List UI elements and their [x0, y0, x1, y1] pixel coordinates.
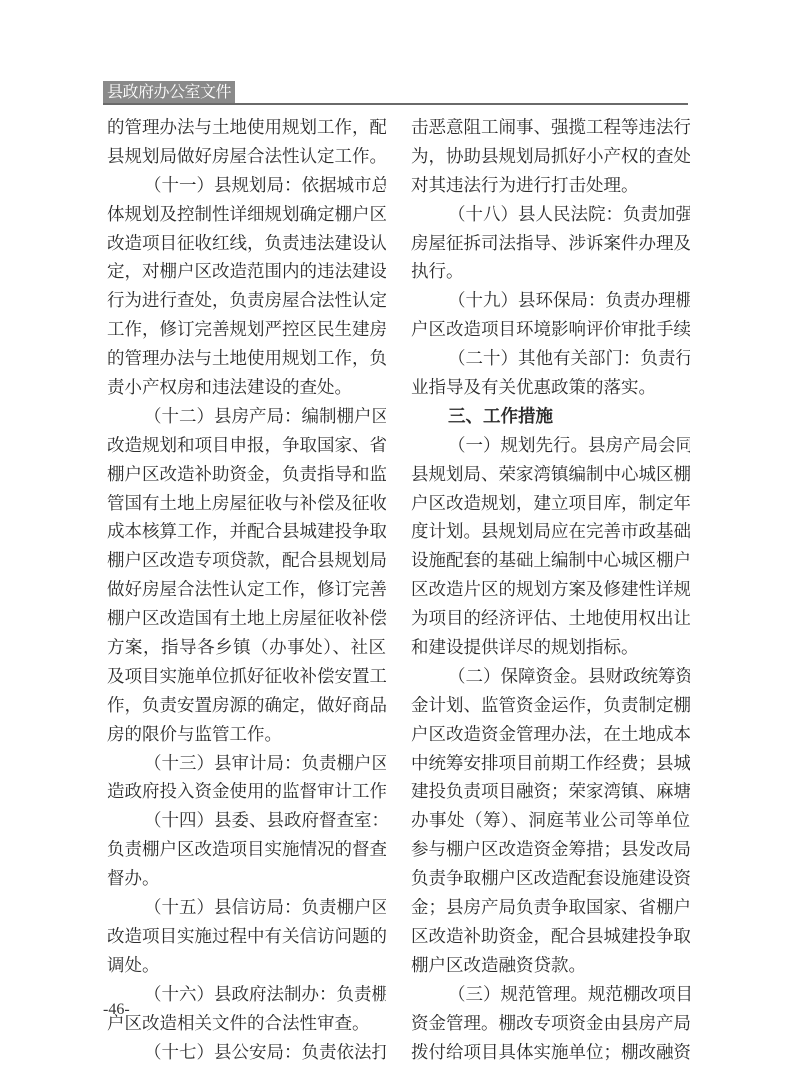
- text-line: （十二）县房产局：编制棚户区: [107, 403, 386, 432]
- text-line: （十一）县规划局：依据城市总: [107, 172, 386, 201]
- text-line: 成本核算工作，并配合县城建投争取: [107, 518, 386, 547]
- text-line: 资金管理。棚改专项资金由县房产局: [411, 1010, 690, 1039]
- text-line: 的管理办法与土地使用规划工作，负: [107, 345, 386, 374]
- page-number: -46-: [103, 1001, 130, 1019]
- text-line: 县规划局做好房屋合法性认定工作。: [107, 143, 386, 172]
- text-line: 作，负责安置房源的确定，做好商品: [107, 692, 386, 721]
- text-line: （一）规划先行。县房产局会同: [411, 432, 690, 461]
- text-line: 金计划、监管资金运作，负责制定棚: [411, 692, 690, 721]
- left-text-column: 的管理办法与土地使用规划工作，配合县规划局做好房屋合法性认定工作。（十一）县规划…: [107, 114, 386, 1067]
- text-line: 方案，指导各乡镇（办事处）、社区: [107, 634, 386, 663]
- header-divider: [103, 103, 688, 105]
- text-line: （十八）县人民法院：负责加强: [411, 201, 690, 230]
- text-line: 改造规划和项目申报，争取国家、省: [107, 432, 386, 461]
- text-line: （十三）县审计局：负责棚户区改: [107, 750, 386, 779]
- text-line: （十九）县环保局：负责办理棚: [411, 287, 690, 316]
- text-line: （二十）其他有关部门：负责行: [411, 345, 690, 374]
- text-line: 办事处（筹）、洞庭苇业公司等单位: [411, 807, 690, 836]
- text-line: 棚户区改造国有土地上房屋征收补偿: [107, 605, 386, 634]
- text-line: 改造项目征收红线，负责违法建设认: [107, 230, 386, 259]
- text-line: 管国有土地上房屋征收与补偿及征收: [107, 490, 386, 519]
- text-line: 中统筹安排项目前期工作经费；县城: [411, 750, 690, 779]
- text-line: 体规划及控制性详细规划确定棚户区: [107, 201, 386, 230]
- text-line: 业指导及有关优惠政策的落实。: [411, 374, 690, 403]
- text-line: 定，对棚户区改造范围内的违法建设: [107, 258, 386, 287]
- text-line: 的管理办法与土地使用规划工作，配合: [107, 114, 386, 143]
- text-line: 户区改造相关文件的合法性审查。: [107, 1010, 386, 1039]
- text-line: 度计划。县规划局应在完善市政基础: [411, 518, 690, 547]
- section-label: 县政府办公室文件: [103, 81, 235, 103]
- text-line: 做好房屋合法性认定工作，修订完善: [107, 576, 386, 605]
- text-line: （十七）县公安局：负责依法打: [107, 1039, 386, 1068]
- text-line: 责小产权房和违法建设的查处。: [107, 374, 386, 403]
- text-line: 改造项目实施过程中有关信访问题的: [107, 923, 386, 952]
- text-line: 设施配套的基础上编制中心城区棚户: [411, 547, 690, 576]
- text-line: 为项目的经济评估、土地使用权出让: [411, 605, 690, 634]
- text-line: 调处。: [107, 952, 386, 981]
- text-line: 户区改造项目环境影响评价审批手续。: [411, 316, 690, 345]
- text-line: 棚户区改造补助资金，负责指导和监: [107, 461, 386, 490]
- text-line: 参与棚户区改造资金筹措；县发改局: [411, 836, 690, 865]
- text-line: 工作，修订完善规划严控区民生建房: [107, 316, 386, 345]
- text-line: 拨付给项目具体实施单位；棚改融资: [411, 1039, 690, 1068]
- text-line: 造政府投入资金使用的监督审计工作。: [107, 778, 386, 807]
- text-line: 执行。: [411, 258, 690, 287]
- text-line: 为，协助县规划局抓好小产权的查处，: [411, 143, 690, 172]
- text-line: 击恶意阻工闹事、强揽工程等违法行: [411, 114, 690, 143]
- text-line: 棚户区改造融资贷款。: [411, 952, 690, 981]
- text-line: 房屋征拆司法指导、涉诉案件办理及: [411, 230, 690, 259]
- text-line: （三）规范管理。规范棚改项目: [411, 981, 690, 1010]
- text-line: 户区改造资金管理办法，在土地成本: [411, 721, 690, 750]
- text-line: 负责棚户区改造项目实施情况的督查、: [107, 836, 386, 865]
- text-line: 建投负责项目融资；荣家湾镇、麻塘: [411, 778, 690, 807]
- text-line: 金；县房产局负责争取国家、省棚户: [411, 894, 690, 923]
- text-line: 区改造补助资金，配合县城建投争取: [411, 923, 690, 952]
- text-line: （十四）县委、县政府督查室：: [107, 807, 386, 836]
- text-line: 对其违法行为进行打击处理。: [411, 172, 690, 201]
- section-heading: 三、工作措施: [411, 403, 690, 432]
- text-line: 及项目实施单位抓好征收补偿安置工: [107, 663, 386, 692]
- text-line: 和建设提供详尽的规划指标。: [411, 634, 690, 663]
- text-line: 县规划局、荣家湾镇编制中心城区棚: [411, 461, 690, 490]
- text-line: （十六）县政府法制办：负责棚: [107, 981, 386, 1010]
- text-line: 棚户区改造专项贷款，配合县规划局: [107, 547, 386, 576]
- text-line: 户区改造规划，建立项目库，制定年: [411, 490, 690, 519]
- text-line: 房的限价与监管工作。: [107, 721, 386, 750]
- text-line: （十五）县信访局：负责棚户区: [107, 894, 386, 923]
- text-line: 区改造片区的规划方案及修建性详规，: [411, 576, 690, 605]
- text-line: 督办。: [107, 865, 386, 894]
- text-line: 负责争取棚户区改造配套设施建设资: [411, 865, 690, 894]
- right-text-column: 击恶意阻工闹事、强揽工程等违法行为，协助县规划局抓好小产权的查处，对其违法行为进…: [411, 114, 690, 1067]
- text-line: （二）保障资金。县财政统筹资: [411, 663, 690, 692]
- text-line: 行为进行查处，负责房屋合法性认定: [107, 287, 386, 316]
